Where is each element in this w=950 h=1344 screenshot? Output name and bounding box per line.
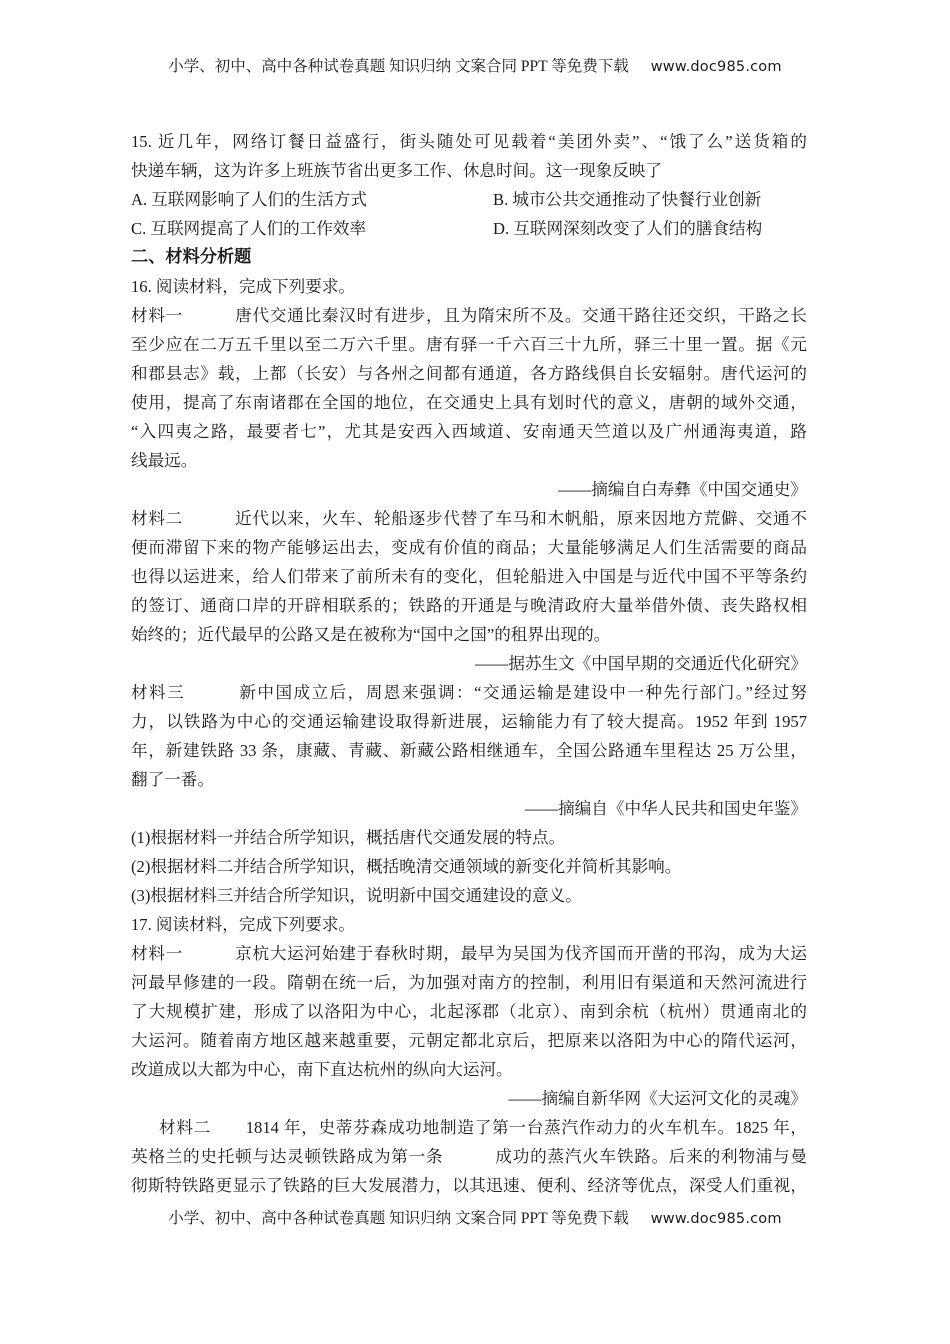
q16-source-citation-3: ——摘编自《中华人民共和国史年鉴》 — [131, 794, 807, 823]
q17-material-1-line-5: 改道成以大都为中心，南下直达杭州的纵向大运河。 — [131, 1055, 807, 1084]
option-d: D. 互联网深刻改变了人们的膳食结构 — [493, 214, 807, 243]
q17-material-2-line-3: 彻斯特铁路更显示了铁路的巨大发展潜力，以其迅速、便利、经济等优点，深受人们重视， — [131, 1171, 807, 1200]
q17-material-2-line-2: 英格兰的史托顿与达灵顿铁路成为第一条 成功的蒸汽火车铁路。后来的利物浦与曼 — [131, 1142, 807, 1171]
q17-material-1-line-1: 材料一 京杭大运河始建于春秋时期，最早为吴国为伐齐国而开凿的邗沟，成为大运 — [131, 939, 807, 968]
q16-material-2-line-4: 的签订、通商口岸的开辟相联系的；铁路的开通是与晚清政府大量举借外债、丧失路权相 — [131, 591, 807, 620]
q16-source-citation-2: ——据苏生文《中国早期的交通近代化研究》 — [131, 649, 807, 678]
q16-material-3-line-3: 年，新建铁路 33 条，康藏、青藏、新藏公路相继通车，全国公路通车里程达 25 … — [131, 736, 807, 765]
footer-tagline: 小学、初中、高中各种试卷真题 知识归纳 文案合同 PPT 等免费下载 — [168, 1206, 628, 1228]
q16-material-1-line-5: “入四夷之路，最要者七”，尤其是安西入西域道、安南通天竺道以及广州通海夷道，路 — [131, 417, 807, 446]
q16-material-3-line-2: 力，以铁路为中心的交通运输建设取得新进展，运输能力有了较大提高。1952 年到 … — [131, 707, 807, 736]
q16-material-3-line-1: 材料三 新中国成立后，周恩来强调：“交通运输是建设中一种先行部门。”经过努 — [131, 678, 807, 707]
q16-subquestion-3: (3)根据材料三并结合所学知识，说明新中国交通建设的意义。 — [131, 881, 807, 910]
q16-material-1-line-2: 至少应在二万五千里以至二万六千里。唐有驿一千六百三十九所，驿三十里一置。据《元 — [131, 330, 807, 359]
question-15-options-row-1: A. 互联网影响了人们的生活方式 B. 城市公共交通推动了快餐行业创新 — [131, 185, 807, 214]
q17-source-citation-1: ——摘编自新华网《大运河文化的灵魂》 — [131, 1084, 807, 1113]
q17-material-2-line-1: 材料二 1814 年，史蒂芬森成功地制造了第一台蒸汽作动力的火车机车。1825 … — [131, 1113, 807, 1142]
q16-material-3-line-4: 翻了一番。 — [131, 765, 807, 794]
question-16-intro: 16. 阅读材料，完成下列要求。 — [131, 272, 807, 301]
q16-material-2-line-1: 材料二 近代以来，火车、轮船逐步代替了车马和木帆船，原来因地方荒僻、交通不 — [131, 504, 807, 533]
header-site-url: www.doc985.com — [651, 59, 782, 75]
q16-material-1-line-1: 材料一 唐代交通比秦汉时有进步，且为隋宋所不及。交通干路往还交织，干路之长 — [131, 301, 807, 330]
option-a: A. 互联网影响了人们的生活方式 — [131, 185, 493, 214]
page-header: 小学、初中、高中各种试卷真题 知识归纳 文案合同 PPT 等免费下载 www.d… — [0, 54, 950, 76]
exam-document-page: 小学、初中、高中各种试卷真题 知识归纳 文案合同 PPT 等免费下载 www.d… — [0, 0, 950, 1344]
q16-material-2-line-2: 便而滞留下来的物产能够运出去，变成有价值的商品；大量能够满足人们生活需要的商品 — [131, 533, 807, 562]
q16-subquestion-1: (1)根据材料一并结合所学知识，概括唐代交通发展的特点。 — [131, 823, 807, 852]
page-footer: 小学、初中、高中各种试卷真题 知识归纳 文案合同 PPT 等免费下载 www.d… — [0, 1206, 950, 1228]
q16-material-2-line-3: 也得以运进来，给人们带来了前所未有的变化，但轮船进入中国是与近代中国不平等条约 — [131, 562, 807, 591]
question-15-stem-line-2: 快递车辆，这为许多上班族节省出更多工作、休息时间。这一现象反映了 — [131, 156, 807, 185]
question-17-intro: 17. 阅读材料，完成下列要求。 — [131, 910, 807, 939]
q16-source-citation-1: ——摘编自白寿彝《中国交通史》 — [131, 475, 807, 504]
section-title: 二、材料分析题 — [131, 243, 807, 272]
header-tagline: 小学、初中、高中各种试卷真题 知识归纳 文案合同 PPT 等免费下载 — [168, 54, 628, 76]
q16-material-1-line-3: 和郡县志》载，上都（长安）与各州之间都有通道，各方路线俱自长安辐射。唐代运河的 — [131, 359, 807, 388]
question-15-stem-line-1: 15. 近几年，网络订餐日益盛行，街头随处可见载着“美团外卖”、“饿了么”送货箱… — [131, 127, 807, 156]
option-c: C. 互联网提高了人们的工作效率 — [131, 214, 493, 243]
question-15-options-row-2: C. 互联网提高了人们的工作效率 D. 互联网深刻改变了人们的膳食结构 — [131, 214, 807, 243]
q16-material-1-line-6: 线最远。 — [131, 446, 807, 475]
q17-material-1-line-3: 了大规模扩建，形成了以洛阳为中心，北起涿郡（北京）、南到余杭（杭州）贯通南北的 — [131, 997, 807, 1026]
q16-material-1-line-4: 使用，提高了东南诸郡在全国的地位，在交通史上具有划时代的意义，唐朝的域外交通， — [131, 388, 807, 417]
document-body: 15. 近几年，网络订餐日益盛行，街头随处可见载着“美团外卖”、“饿了么”送货箱… — [131, 127, 807, 1200]
q17-material-1-line-4: 大运河。随着南方地区越来越重要，元朝定都北京后，把原来以洛阳为中心的隋代运河， — [131, 1026, 807, 1055]
q17-material-1-line-2: 河最早修建的一段。隋朝在统一后，为加强对南方的控制，利用旧有渠道和天然河流进行 — [131, 968, 807, 997]
q16-material-2-line-5: 始终的；近代最早的公路又是在被称为“国中之国”的租界出现的。 — [131, 620, 807, 649]
footer-site-url: www.doc985.com — [651, 1211, 782, 1227]
option-b: B. 城市公共交通推动了快餐行业创新 — [493, 185, 807, 214]
q16-subquestion-2: (2)根据材料二并结合所学知识，概括晚清交通领域的新变化并简析其影响。 — [131, 852, 807, 881]
